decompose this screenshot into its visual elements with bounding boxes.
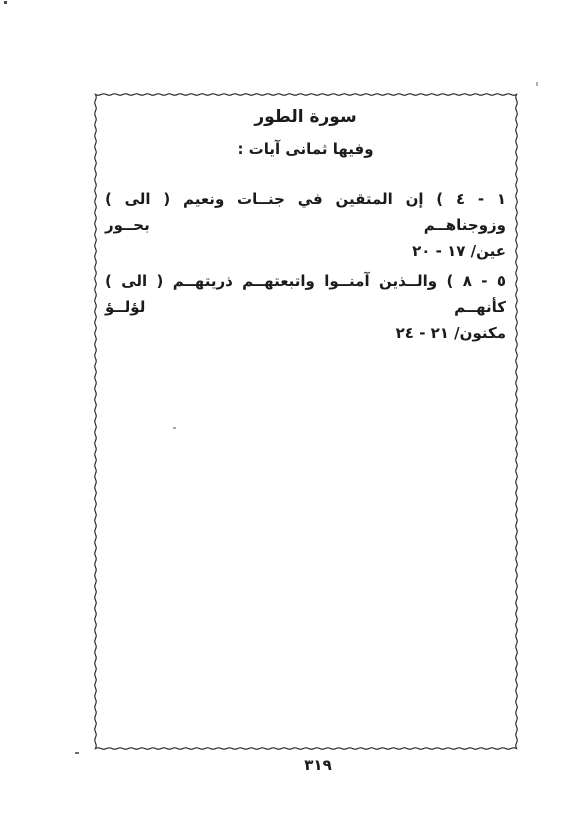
verse-entry-1-4: ١ - ٤ ) إن المتقين في جنــات ونعيم ( الى… bbox=[105, 186, 506, 264]
scan-artifact bbox=[4, 1, 7, 4]
scan-artifact bbox=[536, 82, 538, 86]
scan-artifact bbox=[173, 427, 176, 429]
page-number: ٣١٩ bbox=[294, 756, 342, 774]
ayat-count-subtitle: وفيها ثمانى آيات : bbox=[105, 139, 506, 159]
entry-line: ١ - ٤ ) إن المتقين في جنــات ونعيم ( الى… bbox=[105, 186, 506, 238]
entry-line: عين/ ١٧ - ٢٠ bbox=[105, 238, 506, 264]
decorative-frame: سورة الطور وفيها ثمانى آيات : ١ - ٤ ) إن… bbox=[94, 93, 518, 750]
entry-line: مكنون/ ٢١ - ٢٤ bbox=[105, 320, 506, 346]
scanned-book-page: سورة الطور وفيها ثمانى آيات : ١ - ٤ ) إن… bbox=[0, 0, 569, 839]
scan-artifact bbox=[75, 752, 79, 754]
verse-index-list: ١ - ٤ ) إن المتقين في جنــات ونعيم ( الى… bbox=[105, 186, 506, 346]
page-content: سورة الطور وفيها ثمانى آيات : ١ - ٤ ) إن… bbox=[105, 93, 506, 350]
verse-entry-5-8: ٥ - ٨ ) والــذين آمنــوا واتبعتهــم ذريت… bbox=[105, 268, 506, 346]
surah-title: سورة الطور bbox=[105, 106, 506, 128]
entry-line: ٥ - ٨ ) والــذين آمنــوا واتبعتهــم ذريت… bbox=[105, 268, 506, 320]
